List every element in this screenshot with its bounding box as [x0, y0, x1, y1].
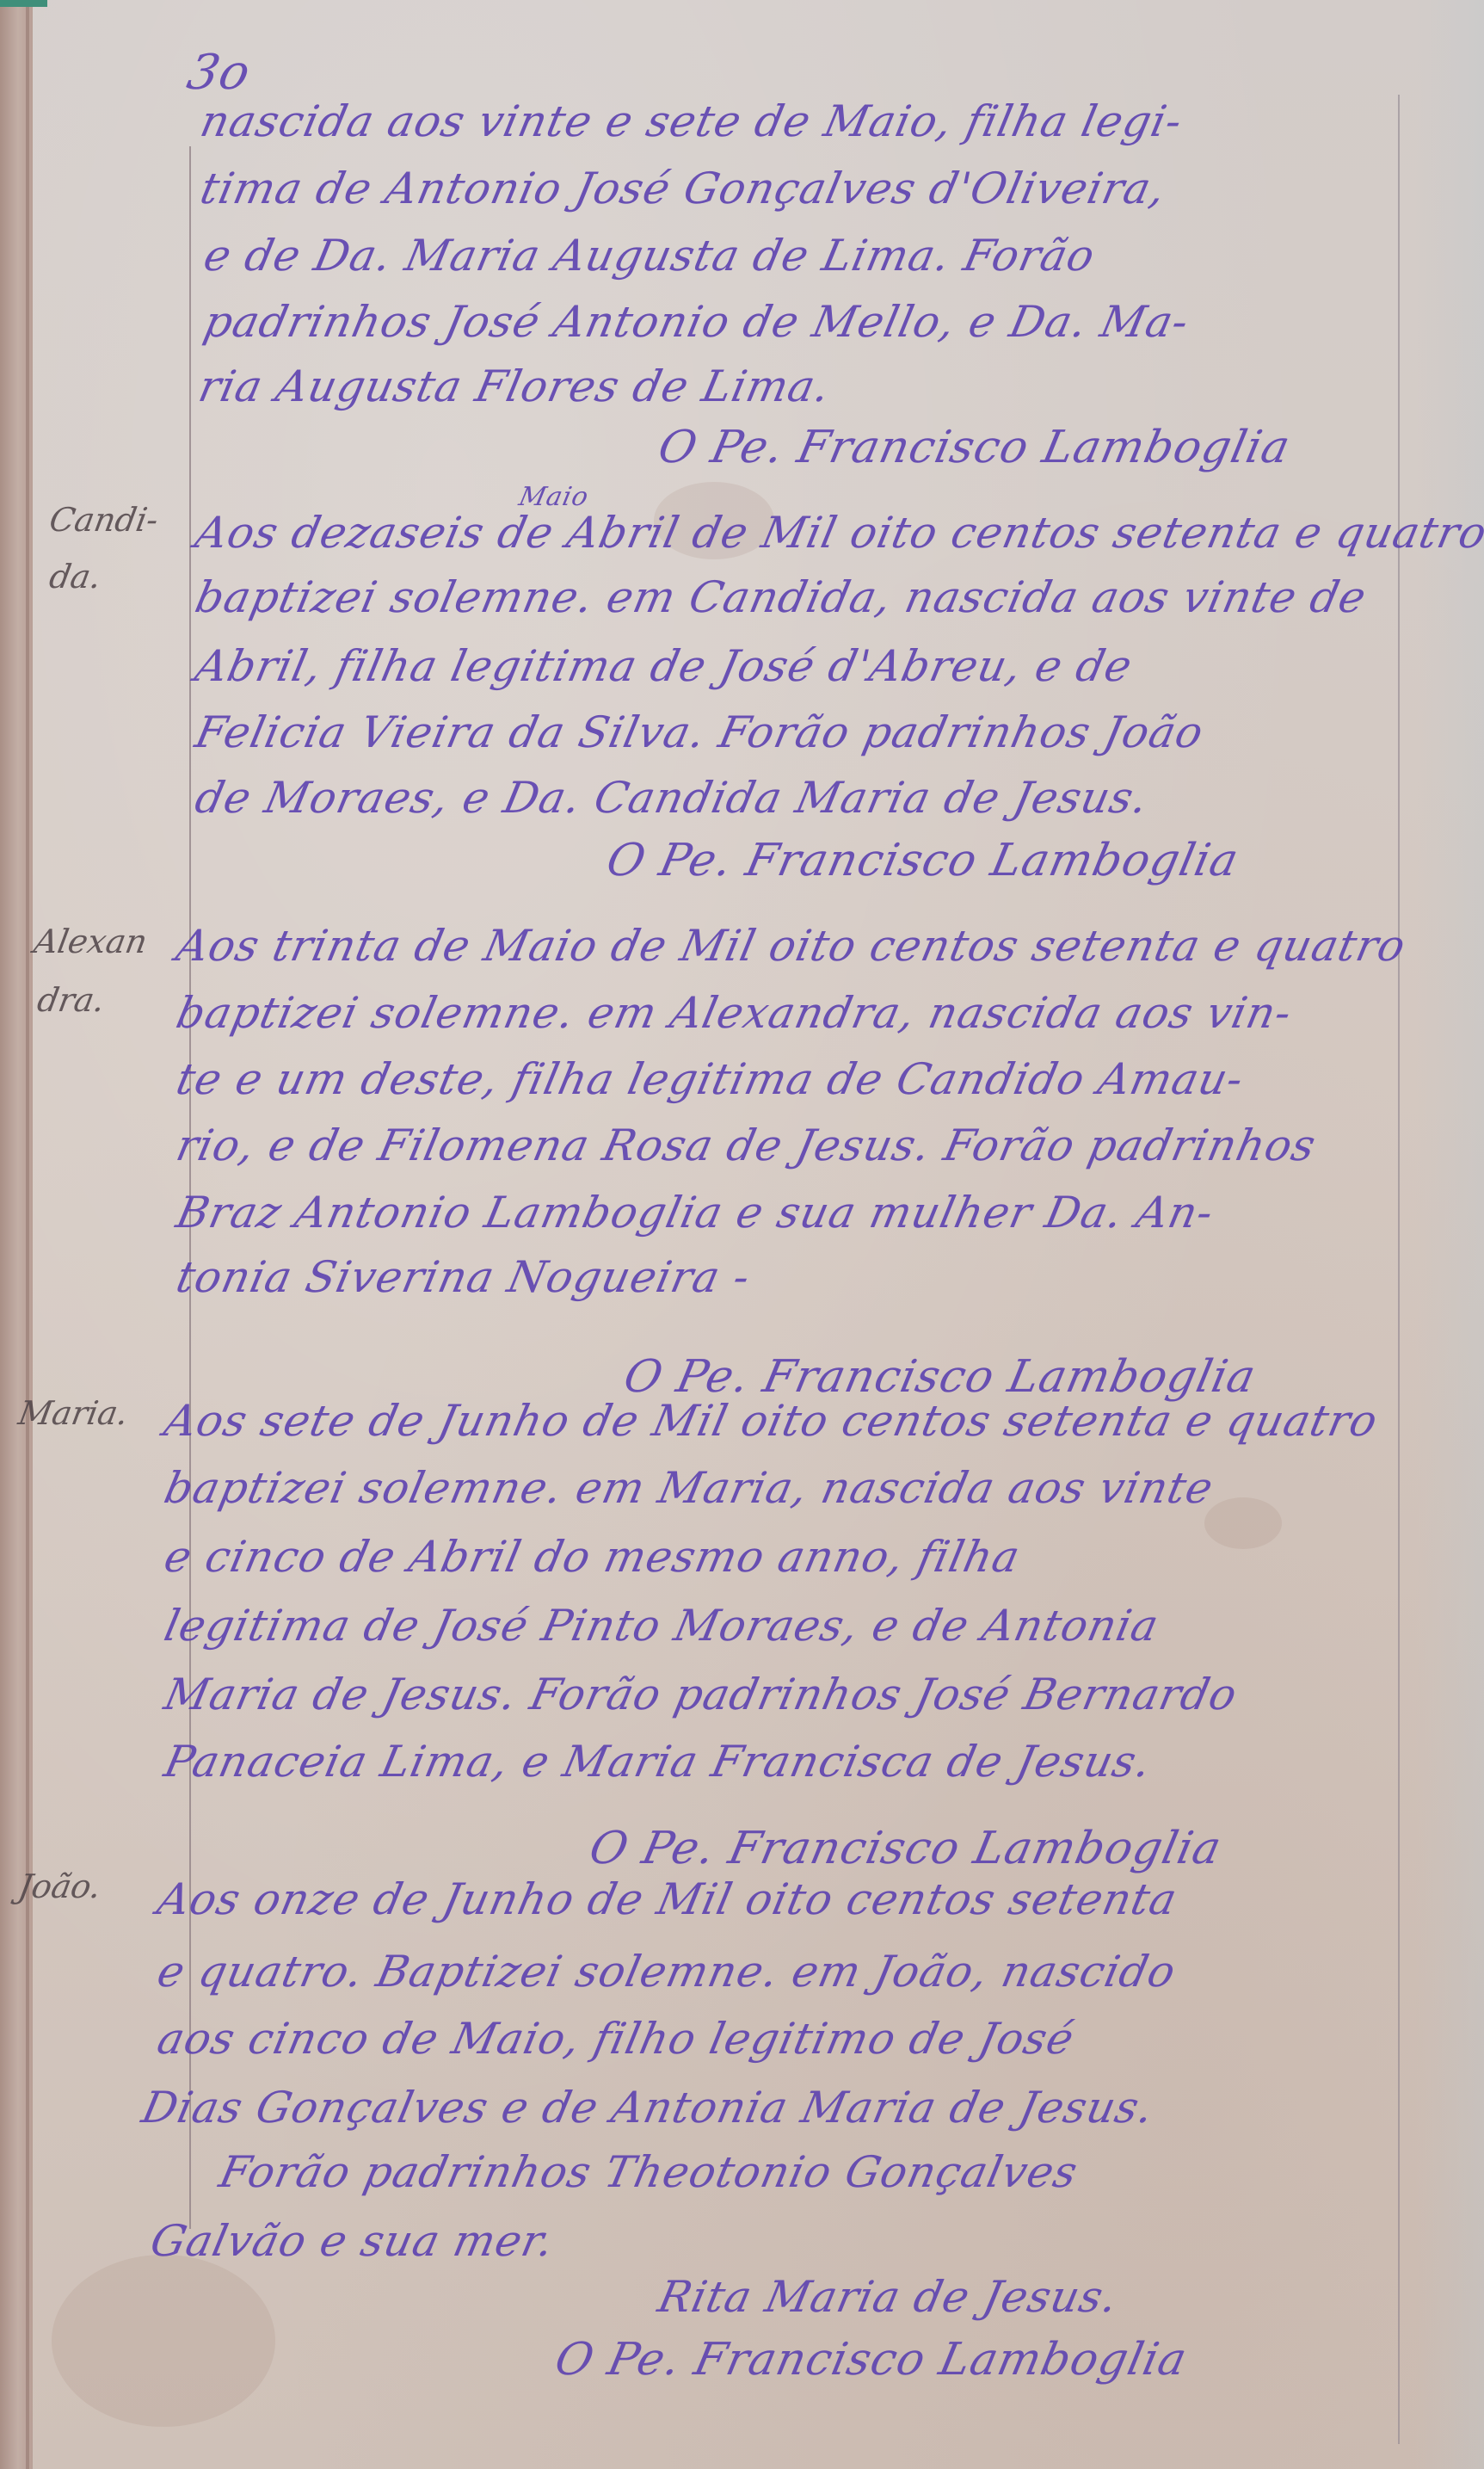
paper-stain [52, 2255, 275, 2427]
priest-signature: O Pe. Francisco Lamboglia [602, 835, 1243, 886]
entry-line: baptizei solemne. em Alexandra, nascida … [172, 988, 1296, 1038]
margin-name: João. [15, 1867, 104, 1905]
entry-line: e cinco de Abril do mesmo anno, filha [160, 1532, 1025, 1582]
entry-line: Aos sete de Junho de Mil oito centos set… [160, 1396, 1382, 1446]
entry-line: de Moraes, e Da. Candida Maria de Jesus. [191, 773, 1153, 823]
entry-line: padrinhos José Antonio de Mello, e Da. M… [200, 297, 1193, 347]
entry-line: nascida aos vinte e sete de Maio, filha … [196, 96, 1187, 146]
entry-line: rio, e de Filomena Rosa de Jesus. Forão … [172, 1120, 1321, 1170]
entry-line: tonia Siverina Nogueira - [172, 1252, 754, 1302]
entry-line: Aos trinta de Maio de Mil oito centos se… [172, 921, 1410, 971]
entry-line: Dias Gonçalves e de Antonia Maria de Jes… [138, 2083, 1159, 2133]
entry-line: aos cinco de Maio, filho legitimo de Jos… [153, 2014, 1079, 2064]
entry-line: Galvão e sua mer. [146, 2216, 558, 2266]
entry-line: ria Augusta Flores de Lima. [194, 361, 835, 411]
entry-line: e de Da. Maria Augusta de Lima. Forão [200, 231, 1099, 281]
entry-line: Abril, filha legitima de José d'Abreu, e… [191, 641, 1137, 691]
entry-line: Rita Maria de Jesus. [654, 2272, 1123, 2322]
entry-line: Braz Antonio Lamboglia e sua mulher Da. … [172, 1188, 1218, 1238]
binding-edge [26, 0, 29, 2469]
page-right-edge [1415, 0, 1484, 2469]
entry-line: Forão padrinhos Theotonio Gonçalves [215, 2147, 1082, 2197]
entry-line: Panaceia Lima, e Maria Francisca de Jesu… [160, 1737, 1156, 1787]
entry-line: tima de Antonio José Gonçalves d'Oliveir… [196, 164, 1171, 213]
entry-line: baptizei solemne. em Candida, nascida ao… [191, 572, 1371, 622]
margin-name: Maria. [15, 1394, 131, 1432]
entry-line: e quatro. Baptizei solemne. em João, nas… [153, 1947, 1180, 1997]
entry-line: Aos dezaseis de Abril de Mil oito centos… [191, 508, 1484, 558]
priest-signature: O Pe. Francisco Lamboglia [619, 1351, 1260, 1403]
priest-signature: O Pe. Francisco Lamboglia [551, 2334, 1192, 2386]
entry-line: baptizei solemne. em Maria, nascida aos … [160, 1463, 1218, 1513]
manuscript-page: 3o nascida aos vinte e sete de Maio, fil… [0, 0, 1484, 2469]
priest-signature: O Pe. Francisco Lamboglia [585, 1823, 1226, 1874]
right-margin-rule [1398, 95, 1400, 2444]
paper-stain [1204, 1497, 1282, 1549]
green-tab-marker [0, 0, 47, 7]
entry-line: Aos onze de Junho de Mil oito centos set… [153, 1874, 1182, 1924]
entry-line: Felicia Vieira da Silva. Forão padrinhos… [191, 707, 1208, 757]
margin-name: da. [46, 558, 104, 596]
entry-line: legitima de José Pinto Moraes, e de Anto… [160, 1601, 1163, 1651]
entry-line: Maria de Jesus. Forão padrinhos José Ber… [160, 1670, 1241, 1719]
priest-signature: O Pe. Francisco Lamboglia [654, 422, 1295, 473]
margin-name: Candi- [46, 501, 161, 539]
margin-name: dra. [34, 981, 108, 1019]
page-marker: 3o [182, 45, 256, 101]
entry-line: te e um deste, filha legitima de Candido… [172, 1054, 1248, 1104]
margin-name: Alexan [31, 923, 150, 960]
